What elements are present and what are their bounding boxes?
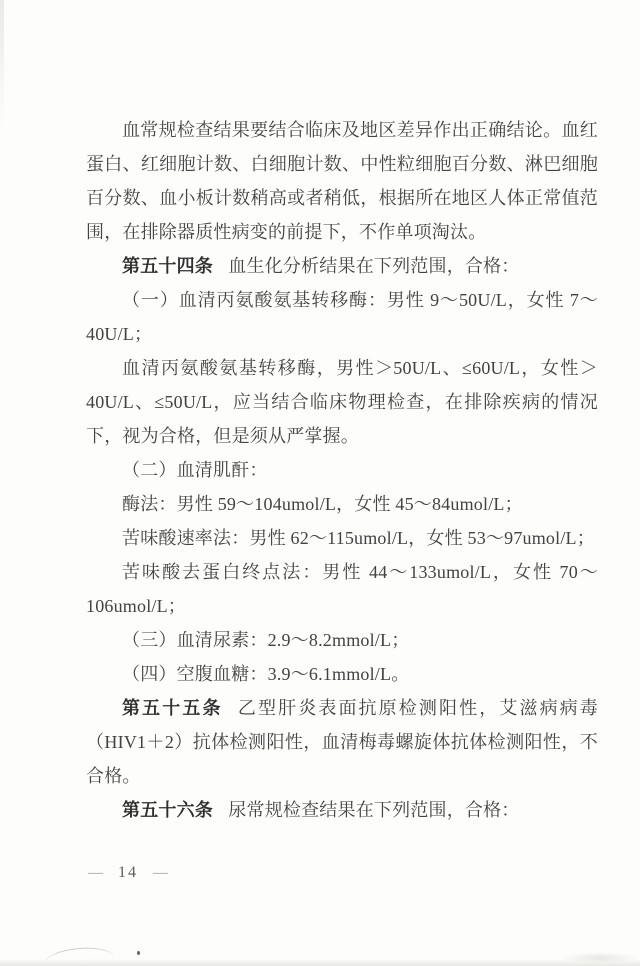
- page-number: 14: [118, 864, 138, 882]
- document-body: 血常规检查结果要结合临床及地区差异作出正确结论。血红蛋白、红细胞计数、白细胞计数…: [86, 113, 598, 827]
- para-enzymatic-method: 酶法：男性 59～104umol/L，女性 45～84umol/L；: [86, 487, 598, 521]
- scan-ink-dot: [137, 951, 140, 955]
- para-text: 酶法：男性 59～104umol/L，女性 45～84umol/L；: [122, 494, 523, 514]
- item-2-serum-creatinine: （二）血清肌酐：: [86, 453, 598, 487]
- para-text: （一）血清丙氨酸氨基转移酶：男性 9～50U/L，女性 7～40U/L；: [86, 290, 598, 344]
- para-text: 血常规检查结果要结合临床及地区差异作出正确结论。血红蛋白、红细胞计数、白细胞计数…: [86, 120, 598, 242]
- scan-edge-shade-bottom: [0, 959, 640, 966]
- article-56: 第五十六条尿常规检查结果在下列范围，合格：: [86, 793, 598, 827]
- para-text: 血清丙氨酸氨基转移酶，男性＞50U/L、≤60U/L，女性＞40U/L、≤50U…: [86, 358, 598, 446]
- footer-right-dash: —: [153, 865, 168, 882]
- article-55: 第五十五条乙型肝炎表面抗原检测阳性，艾滋病病毒（HIV1＋2）抗体检测阳性，血清…: [86, 691, 598, 793]
- para-text: 苦味酸速率法：男性 62～115umol/L，女性 53～97umol/L；: [122, 528, 595, 548]
- para-text: （四）空腹血糖：3.9～6.1mmol/L。: [122, 664, 409, 684]
- para-text: （二）血清肌酐：: [122, 460, 268, 480]
- scan-edge-shade-left: [0, 0, 4, 130]
- article-56-lead: 第五十六条: [122, 800, 213, 820]
- article-54: 第五十四条血生化分析结果在下列范围，合格：: [86, 249, 598, 283]
- page-footer: — 14 —: [88, 864, 168, 882]
- article-54-text: 血生化分析结果在下列范围，合格：: [228, 256, 519, 276]
- article-55-lead: 第五十五条: [122, 698, 223, 718]
- item-3-serum-urea: （三）血清尿素：2.9～8.2mmol/L；: [86, 623, 598, 657]
- item-1-alt-range: （一）血清丙氨酸氨基转移酶：男性 9～50U/L，女性 7～40U/L；: [86, 283, 598, 351]
- scanned-document-page: 血常规检查结果要结合临床及地区差异作出正确结论。血红蛋白、红细胞计数、白细胞计数…: [0, 0, 640, 966]
- footer-left-dash: —: [88, 865, 103, 882]
- para-picric-acid-rate-method: 苦味酸速率法：男性 62～115umol/L，女性 53～97umol/L；: [86, 521, 598, 555]
- article-54-lead: 第五十四条: [122, 256, 213, 276]
- article-56-text: 尿常规检查结果在下列范围，合格：: [228, 800, 519, 820]
- para-text: 苦味酸去蛋白终点法：男性 44～133umol/L，女性 70～106umol/…: [86, 562, 598, 616]
- item-4-fasting-glucose: （四）空腹血糖：3.9～6.1mmol/L。: [86, 657, 598, 691]
- para-text: （三）血清尿素：2.9～8.2mmol/L；: [122, 630, 409, 650]
- para-picric-acid-endpoint-method: 苦味酸去蛋白终点法：男性 44～133umol/L，女性 70～106umol/…: [86, 555, 598, 623]
- para-blood-routine-note: 血常规检查结果要结合临床及地区差异作出正确结论。血红蛋白、红细胞计数、白细胞计数…: [86, 113, 598, 249]
- para-alt-borderline: 血清丙氨酸氨基转移酶，男性＞50U/L、≤60U/L，女性＞40U/L、≤50U…: [86, 351, 598, 453]
